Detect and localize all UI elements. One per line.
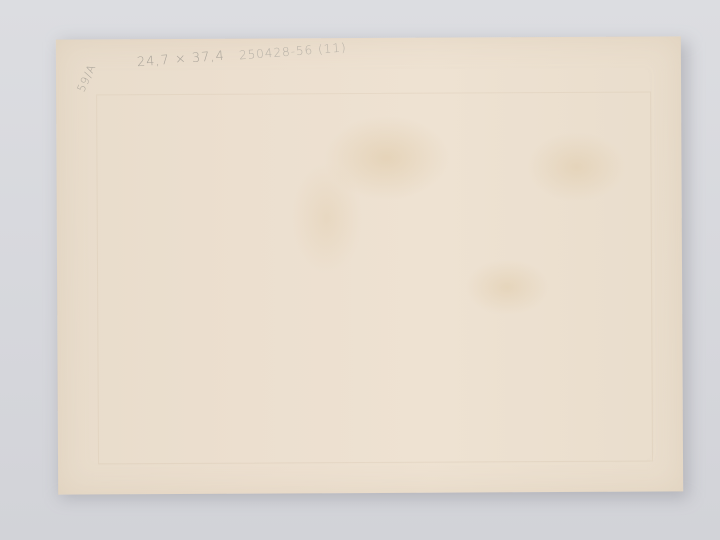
paper-faint-frame <box>96 92 653 465</box>
photo-scene: 24,7 × 37,4 250428-56 (11) 59/A <box>0 0 720 540</box>
folio-mark-inscription: 59/A <box>75 62 99 94</box>
paper-sheet: 24,7 × 37,4 250428-56 (11) 59/A <box>56 36 683 494</box>
inventory-number-inscription: 250428-56 (11) <box>239 40 348 62</box>
dimensions-inscription: 24,7 × 37,4 <box>136 49 225 71</box>
